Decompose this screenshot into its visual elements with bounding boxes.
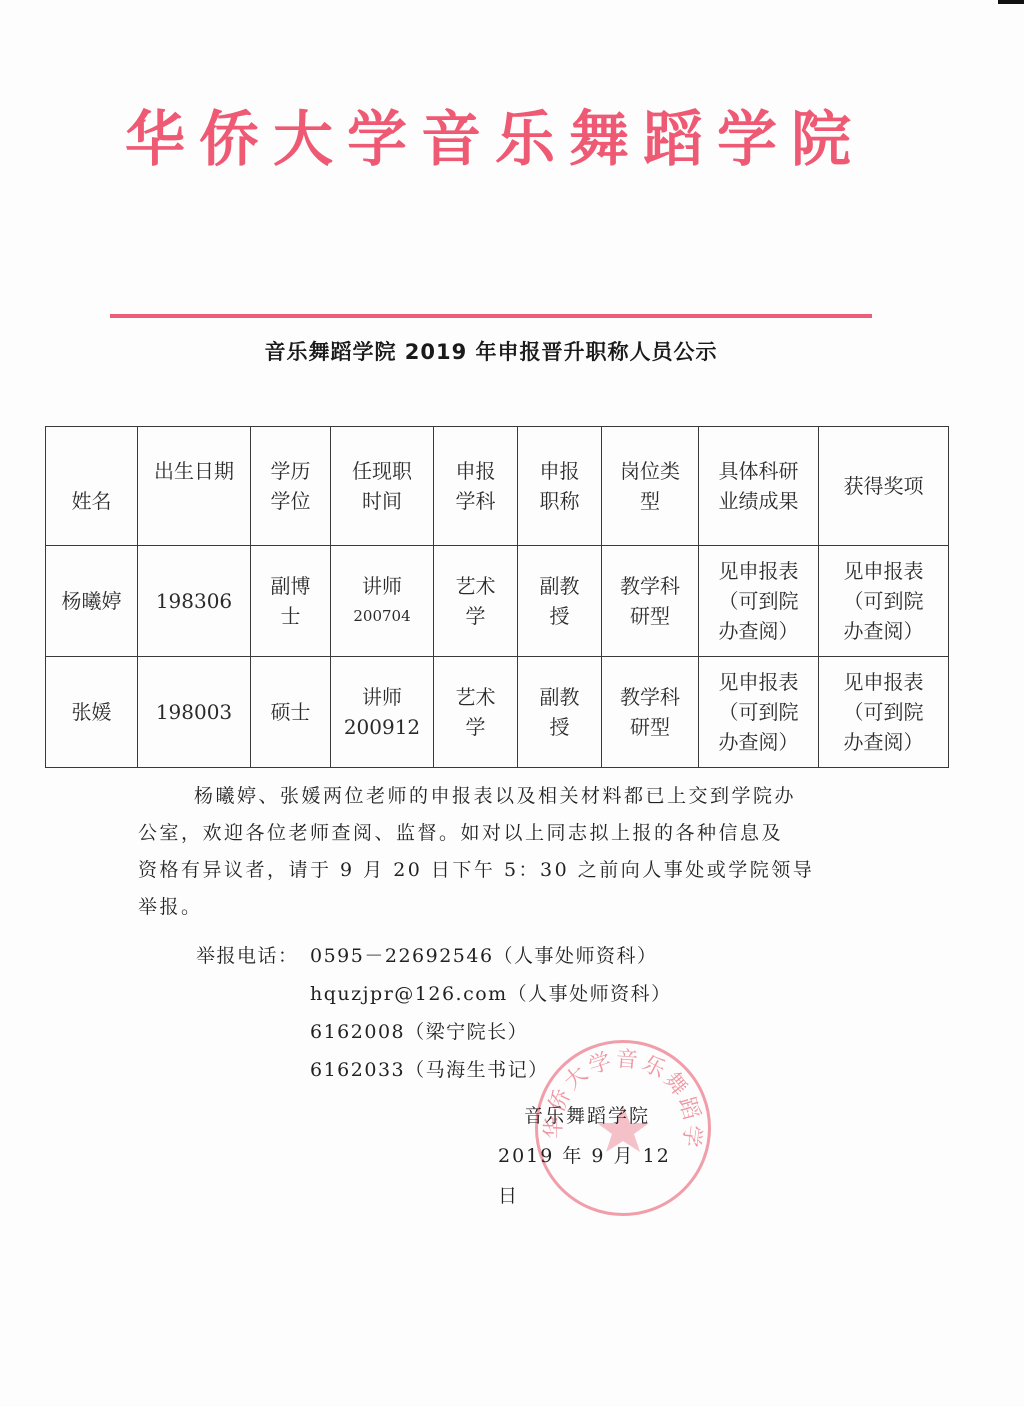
cell-applied-title: 副教授 bbox=[518, 657, 602, 768]
candidate-table: 姓名 出生日期 学历学位 任现职时间 申报学科 申报职称 岗位类型 具体科研业绩… bbox=[45, 426, 949, 768]
cell-degree: 副博士 bbox=[251, 546, 331, 657]
letterhead-title: 华侨大学音乐舞蹈学院 bbox=[110, 92, 880, 178]
notice-line: 杨曦婷、张媛两位老师的申报表以及相关材料都已上交到学院办 bbox=[138, 778, 858, 815]
contact-row: 6162008（梁宁院长） bbox=[196, 1013, 672, 1051]
header-degree: 学历学位 bbox=[251, 427, 331, 546]
cell-awards: 见申报表（可到院办查阅） bbox=[819, 657, 949, 768]
contact-email-hr[interactable]: hquzjpr@126.com（人事处师资科） bbox=[310, 975, 672, 1013]
header-research-achievements: 具体科研业绩成果 bbox=[699, 427, 819, 546]
cell-degree: 硕士 bbox=[251, 657, 331, 768]
contact-label: 举报电话： bbox=[196, 937, 310, 975]
cell-applied-title: 副教授 bbox=[518, 546, 602, 657]
cell-name: 杨曦婷 bbox=[46, 546, 138, 657]
contact-phone-secretary: 6162033（马海生书记） bbox=[310, 1051, 549, 1089]
contact-row: 6162033（马海生书记） bbox=[196, 1051, 672, 1089]
cell-post-type: 教学科研型 bbox=[602, 546, 699, 657]
contact-phone-hr: 0595－22692546（人事处师资科） bbox=[310, 937, 658, 975]
cell-birth-date: 198003 bbox=[138, 657, 251, 768]
notice-line: 举报。 bbox=[138, 889, 858, 926]
table-row: 张媛 198003 硕士 讲师200912 艺术学 副教授 教学科研型 见申报表… bbox=[46, 657, 949, 768]
cell-name: 张媛 bbox=[46, 657, 138, 768]
signature-date: 2019 年 9 月 12 日 bbox=[498, 1136, 698, 1216]
cell-post-type: 教学科研型 bbox=[602, 657, 699, 768]
cell-current-title: 讲师200704 bbox=[331, 546, 434, 657]
header-awards: 获得奖项 bbox=[819, 427, 949, 546]
cell-research: 见申报表（可到院办查阅） bbox=[699, 657, 819, 768]
signature-org: 音乐舞蹈学院 bbox=[498, 1096, 698, 1136]
contact-row: 举报电话： 0595－22692546（人事处师资科） bbox=[196, 937, 672, 975]
document-title: 音乐舞蹈学院 2019 年申报晋升职称人员公示 bbox=[110, 336, 872, 366]
contact-row: hquzjpr@126.com（人事处师资科） bbox=[196, 975, 672, 1013]
notice-line: 资格有异议者，请于 9 月 20 日下午 5：30 之前向人事处或学院领导 bbox=[138, 852, 858, 889]
header-post-type: 岗位类型 bbox=[602, 427, 699, 546]
header-birth-date: 出生日期 bbox=[138, 427, 251, 546]
contact-list: 举报电话： 0595－22692546（人事处师资科） hquzjpr@126.… bbox=[196, 937, 672, 1089]
cell-birth-date: 198306 bbox=[138, 546, 251, 657]
cell-research: 见申报表（可到院办查阅） bbox=[699, 546, 819, 657]
cell-subject: 艺术学 bbox=[434, 657, 518, 768]
header-applied-title: 申报职称 bbox=[518, 427, 602, 546]
scan-corner-mark bbox=[998, 0, 1024, 4]
notice-line: 公室，欢迎各位老师查阅、监督。如对以上同志拟上报的各种信息及 bbox=[138, 815, 858, 852]
table-row: 杨曦婷 198306 副博士 讲师200704 艺术学 副教授 教学科研型 见申… bbox=[46, 546, 949, 657]
header-applied-subject: 申报学科 bbox=[434, 427, 518, 546]
cell-awards: 见申报表（可到院办查阅） bbox=[819, 546, 949, 657]
contact-phone-dean: 6162008（梁宁院长） bbox=[310, 1013, 528, 1051]
cell-subject: 艺术学 bbox=[434, 546, 518, 657]
letterhead-divider bbox=[110, 314, 872, 318]
header-name: 姓名 bbox=[46, 427, 138, 546]
notice-paragraph: 杨曦婷、张媛两位老师的申报表以及相关材料都已上交到学院办 公室，欢迎各位老师查阅… bbox=[138, 778, 858, 926]
signature-block: 音乐舞蹈学院 2019 年 9 月 12 日 bbox=[498, 1096, 698, 1216]
header-current-title-time: 任现职时间 bbox=[331, 427, 434, 546]
table-header-row: 姓名 出生日期 学历学位 任现职时间 申报学科 申报职称 岗位类型 具体科研业绩… bbox=[46, 427, 949, 546]
cell-current-title: 讲师200912 bbox=[331, 657, 434, 768]
